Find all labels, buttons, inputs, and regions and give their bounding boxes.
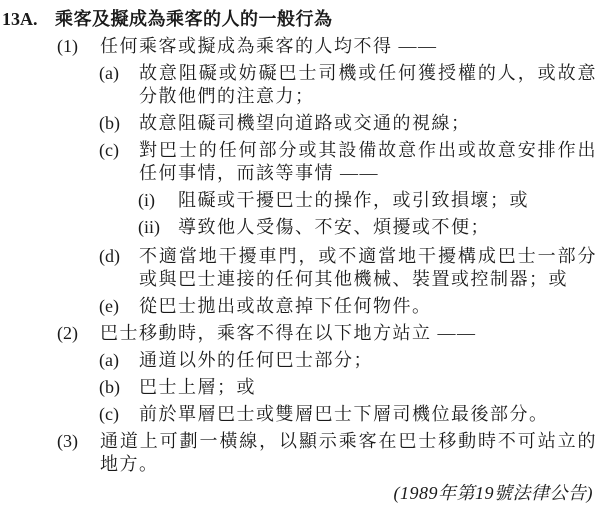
- subclause-2c: (c) 前於單層巴士或雙層巴士下層司機位最後部分。: [99, 403, 597, 426]
- subclause-2a: (a) 通道以外的任何巴士部分；: [99, 349, 597, 372]
- subclause-1a: (a) 故意阻礙或妨礙巴士司機或任何獲授權的人，或故意分散他們的注意力；: [99, 62, 597, 108]
- section-title: 乘客及擬成為乘客的人的一般行為: [55, 8, 597, 31]
- subclause-1e-label: (e): [99, 295, 139, 318]
- subclause-1c: (c) 對巴士的任何部分或其設備故意作出或故意安排作出任何事情，而該等事情 ——: [99, 139, 597, 185]
- subclause-1a-text: 故意阻礙或妨礙巴士司機或任何獲授權的人，或故意分散他們的注意力；: [139, 62, 597, 108]
- subclause-1c-i-text: 阻礙或干擾巴士的操作，或引致損壞；或: [178, 189, 597, 212]
- subclause-1b: (b) 故意阻礙司機望向道路或交通的視線；: [99, 112, 597, 135]
- subclause-1d: (d) 不適當地干擾車門，或不適當地干擾構成巴士一部分或與巴士連接的任何其他機械…: [99, 245, 597, 291]
- subclause-2c-label: (c): [99, 403, 139, 426]
- subclause-1c-ii-label: (ii): [138, 216, 178, 239]
- subclause-1b-label: (b): [99, 112, 139, 135]
- subclause-1e: (e) 從巴士拋出或故意掉下任何物件。: [99, 295, 597, 318]
- clause-2: (2) 巴士移動時，乘客不得在以下地方站立 ——: [57, 322, 597, 345]
- subclause-1c-label: (c): [99, 139, 139, 162]
- subclause-1c-i-label: (i): [138, 189, 178, 212]
- clause-1-text: 任何乘客或擬成為乘客的人均不得 ——: [100, 35, 597, 58]
- subclause-1c-ii-text: 導致他人受傷、不安、煩擾或不便；: [178, 216, 597, 239]
- clause-2-label: (2): [57, 322, 100, 345]
- subclause-1c-text: 對巴士的任何部分或其設備故意作出或故意安排作出任何事情，而該等事情 ——: [139, 139, 597, 185]
- subclause-1a-label: (a): [99, 62, 139, 85]
- subclause-2b-text: 巴士上層；或: [139, 376, 597, 399]
- subclause-1e-text: 從巴士拋出或故意掉下任何物件。: [139, 295, 597, 318]
- clause-1: (1) 任何乘客或擬成為乘客的人均不得 ——: [57, 35, 597, 58]
- subclause-1d-label: (d): [99, 245, 139, 268]
- amendment-note: (1989年第19號法律公告): [2, 482, 597, 505]
- clause-2-text: 巴士移動時，乘客不得在以下地方站立 ——: [100, 322, 597, 345]
- subclause-2b-label: (b): [99, 376, 139, 399]
- subclause-1d-text: 不適當地干擾車門，或不適當地干擾構成巴士一部分或與巴士連接的任何其他機械、裝置或…: [139, 245, 597, 291]
- subclause-1c-i: (i) 阻礙或干擾巴士的操作，或引致損壞；或: [138, 189, 597, 212]
- clause-3-label: (3): [57, 430, 100, 453]
- clause-3-text: 通道上可劃一橫線，以顯示乘客在巴士移動時不可站立的地方。: [100, 430, 597, 476]
- subclause-1c-ii: (ii) 導致他人受傷、不安、煩擾或不便；: [138, 216, 597, 239]
- clause-1-label: (1): [57, 35, 100, 58]
- subclause-1b-text: 故意阻礙司機望向道路或交通的視線；: [139, 112, 597, 135]
- subclause-2c-text: 前於單層巴士或雙層巴士下層司機位最後部分。: [139, 403, 597, 426]
- subclause-2b: (b) 巴士上層；或: [99, 376, 597, 399]
- subclause-2a-text: 通道以外的任何巴士部分；: [139, 349, 597, 372]
- document-page: 13A. 乘客及擬成為乘客的人的一般行為 (1) 任何乘客或擬成為乘客的人均不得…: [0, 0, 601, 508]
- section-number: 13A.: [2, 8, 55, 31]
- section-heading: 13A. 乘客及擬成為乘客的人的一般行為: [2, 8, 597, 31]
- clause-3: (3) 通道上可劃一橫線，以顯示乘客在巴士移動時不可站立的地方。: [57, 430, 597, 476]
- subclause-2a-label: (a): [99, 349, 139, 372]
